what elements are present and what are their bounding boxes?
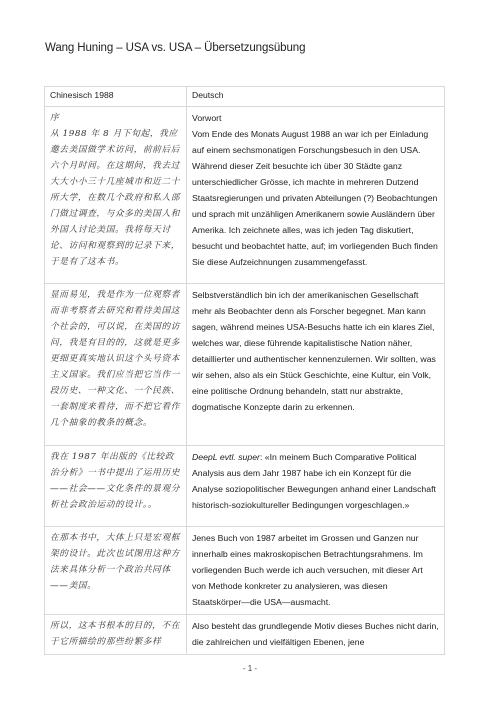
header-german: Deutsch: [187, 87, 445, 107]
table-row: 显而易见，我是作为一位观察者而非考察者去研究和看待美国这个社会的，可以说，在美国…: [45, 284, 445, 446]
deepl-note: DeepL evtl. super: [192, 452, 260, 462]
chinese-heading: 序: [50, 110, 181, 126]
chinese-cell: 序 从 1988 年 8 月下旬起，我应邀去美国做学术访问，前前后后六个月时间。…: [45, 107, 187, 284]
chinese-text: 从 1988 年 8 月下旬起，我应邀去美国做学术访问，前前后后六个月时间。在这…: [50, 129, 180, 267]
translation-table: Chinesisch 1988 Deutsch 序 从 1988 年 8 月下旬…: [44, 86, 445, 655]
german-cell: DeepL evtl. super: «In meinem Buch Compa…: [187, 446, 445, 527]
german-cell: Jenes Buch von 1987 arbeitet im Grossen …: [187, 527, 445, 615]
german-heading: Vorwort: [192, 110, 439, 126]
chinese-cell: 在那本书中，大体上只是宏观框架的设计。此次也试图用这种方法来具体分析一个政治共同…: [45, 527, 187, 615]
table-row: 所以，这本书根本的目的，不在于它所描绘的那些纷繁多样 Also besteht …: [45, 615, 445, 655]
chinese-cell: 我在 1987 年出版的《比较政治分析》一书中提出了运用历史——社会——文化条件…: [45, 446, 187, 527]
header-chinese: Chinesisch 1988: [45, 87, 187, 107]
german-text: Vom Ende des Monats August 1988 an war i…: [192, 129, 438, 267]
chinese-cell: 显而易见，我是作为一位观察者而非考察者去研究和看待美国这个社会的，可以说，在美国…: [45, 284, 187, 446]
document-page: Wang Huning – USA vs. USA – Übersetzungs…: [0, 0, 500, 708]
german-cell: Selbstverständlich bin ich der amerikani…: [187, 284, 445, 446]
document-title: Wang Huning – USA vs. USA – Übersetzungs…: [45, 42, 305, 54]
table-row: 我在 1987 年出版的《比较政治分析》一书中提出了运用历史——社会——文化条件…: [45, 446, 445, 527]
chinese-cell: 所以，这本书根本的目的，不在于它所描绘的那些纷繁多样: [45, 615, 187, 655]
table-row: 在那本书中，大体上只是宏观框架的设计。此次也试图用这种方法来具体分析一个政治共同…: [45, 527, 445, 615]
page-number: - 1 -: [0, 664, 500, 673]
table-header-row: Chinesisch 1988 Deutsch: [45, 87, 445, 107]
german-cell: Vorwort Vom Ende des Monats August 1988 …: [187, 107, 445, 284]
table-row: 序 从 1988 年 8 月下旬起，我应邀去美国做学术访问，前前后后六个月时间。…: [45, 107, 445, 284]
german-cell: Also besteht das grundlegende Motiv dies…: [187, 615, 445, 655]
